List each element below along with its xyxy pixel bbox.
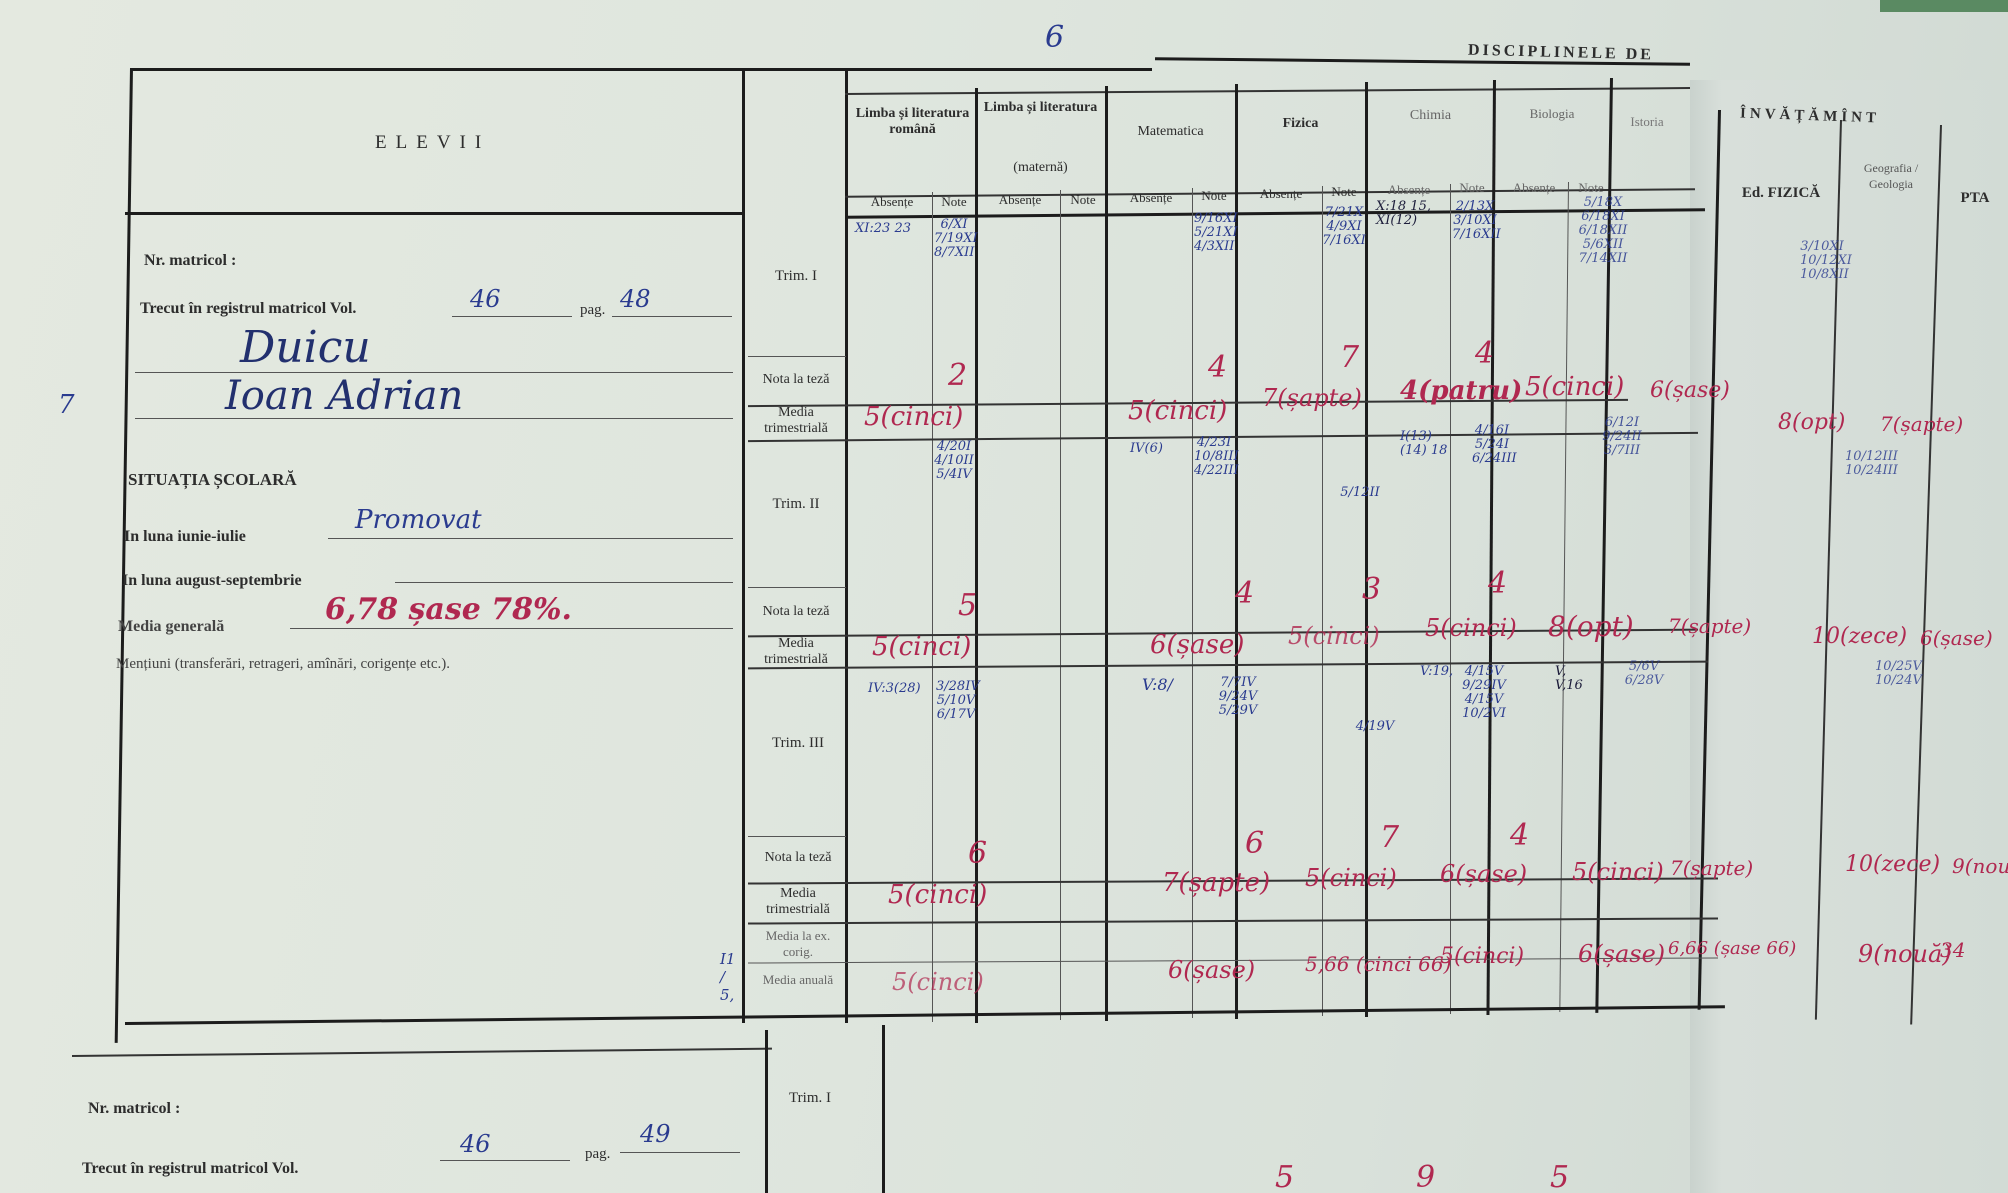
- biologia-annual: 6(șase): [1578, 940, 1665, 968]
- fizica-t1-notes: 7/21X 4/9XI 7/16XI: [1322, 206, 1366, 248]
- page-label: pag.: [580, 302, 605, 319]
- romana-t2-thesis: 5: [958, 588, 977, 623]
- label-avg1: Media trimestrială: [750, 405, 842, 437]
- geo-t3-avg: 9(nouă): [1952, 854, 2008, 878]
- label-corig: Media la ex. corig.: [752, 928, 844, 960]
- next-page-label: pag.: [585, 1146, 610, 1163]
- chimia-annual: 5(cinci): [1440, 944, 1524, 969]
- romana-t3-notes: 3/28IV 5/10V 6/17V: [936, 680, 976, 722]
- biologia-note-label: Note: [1572, 180, 1610, 196]
- subject-matematica: Matematica: [1108, 124, 1233, 140]
- chimia-t1-avg: 4(patru): [1400, 376, 1522, 406]
- mate-t1-avg: 5(cinci): [1128, 396, 1227, 426]
- fizica-t2-avg: 5(cinci): [1288, 622, 1380, 650]
- student-block-bottom-2: [72, 1048, 772, 1057]
- edfiz-t1-avg: 8(opt): [1778, 410, 1845, 435]
- next-label-trim1: Trim. I: [770, 1090, 850, 1106]
- next-label-col-left: [765, 1030, 768, 1193]
- mate-t2-thesis: 4: [1235, 576, 1254, 611]
- edfiz-t2-notes: 10/12III 10/24III: [1845, 450, 1889, 478]
- student-given-names: Ioan Adrian: [225, 373, 463, 419]
- biologia-t1-notes: 5/18X 6/18XI 6/18XII 5/6XII 7/14XII: [1578, 196, 1628, 266]
- next-label-col-right: [882, 1025, 885, 1193]
- romana-t1-thesis: 2: [948, 358, 967, 393]
- chimia-split: [1450, 184, 1451, 1014]
- subject-materna: Limba și literatura: [978, 100, 1103, 116]
- subject-istoria: Istoria: [1612, 114, 1682, 130]
- mate-t3-abs: V:8/: [1142, 678, 1192, 692]
- label-col-left: [742, 68, 745, 1023]
- chimia-t1-notes: 2/13X 3/10XI 7/16XII: [1452, 200, 1498, 242]
- mate-t2-notes: 4/23I 10/8III 4/22III: [1194, 436, 1234, 478]
- mate-t3-thesis: 6: [1245, 826, 1264, 861]
- header-bottom-left: [125, 212, 745, 215]
- romana-t3-thesis: 6: [968, 836, 987, 871]
- edfiz-annual: 9(nouă): [1858, 940, 1952, 968]
- romana-t1-abs: XI:23 23: [855, 222, 927, 236]
- school-status-label: SITUAȚIA ȘCOLARĂ: [128, 470, 297, 490]
- trim3-bottom-label: [748, 836, 846, 837]
- general-avg-label: Media generală: [118, 618, 224, 636]
- romana-t2-avg: 5(cinci): [872, 632, 971, 662]
- chimia-t2-abs: I(13)(14) 18: [1400, 430, 1456, 458]
- next-registry-vol: 46: [460, 1130, 491, 1158]
- next-chimia-thesis-2: 5: [1550, 1160, 1569, 1193]
- book-edge: [1880, 0, 2008, 12]
- subject-materna-sub: (maternă): [978, 160, 1103, 176]
- chimia-abs-label: Absențe: [1368, 182, 1450, 198]
- subjects-header-bottom: [845, 208, 1705, 219]
- aug-sept-line: [395, 582, 733, 583]
- edfiz-t1-notes: 3/10XI 10/12XI 10/8XII: [1800, 240, 1844, 282]
- june-july-label: In luna iunie-iulie: [124, 528, 246, 546]
- mate-t3-notes: 7/7IV 9/24V 5/29V: [1218, 676, 1258, 718]
- mate-t2-abs: IV(6): [1130, 442, 1190, 456]
- fizica-t3-notes: 4/19V: [1355, 720, 1395, 734]
- biologia-t3-abs: V, V,16: [1555, 665, 1595, 693]
- students-header: ELEVII: [375, 132, 490, 154]
- next-nr-matricol-label: Nr. matricol :: [88, 1100, 180, 1118]
- geo-t2-avg: 6(șase): [1920, 626, 1993, 650]
- subject-pta: PTA: [1945, 190, 2005, 206]
- label-trim1: Trim. I: [750, 268, 842, 284]
- mate-t1-thesis: 4: [1208, 350, 1227, 385]
- aug-sept-label: In luna august-septembrie: [122, 572, 302, 590]
- chimia-t2-notes: 4/16I 5/24I 6/24III: [1472, 424, 1512, 466]
- romana-t3-avg: 5(cinci): [888, 880, 987, 910]
- label-thesis1: Nota la teză: [750, 372, 842, 388]
- subject-romana: Limba și literatura română: [850, 106, 975, 138]
- mate-t1-notes: 9/16XI 5/21XI 4/3XII: [1194, 212, 1234, 254]
- trim2-bottom-label: [748, 587, 846, 588]
- student-surname: Duicu: [240, 322, 371, 373]
- registry-page-line: [612, 316, 732, 317]
- general-avg-line: [290, 628, 733, 629]
- frame-top-left: [132, 68, 1152, 71]
- label-thesis3: Nota la teză: [752, 850, 844, 866]
- subject-ed-fizica: Ed. FIZICĂ: [1722, 185, 1840, 201]
- biologia-t2-avg: 8(opt): [1548, 610, 1634, 643]
- romana-abs-label: Absențe: [852, 194, 932, 210]
- next-registry-page-line: [620, 1152, 740, 1153]
- romana-annual: 5(cinci): [892, 968, 984, 996]
- registry-page: 48: [620, 285, 651, 313]
- general-avg-value: 6,78 șase 78%.: [325, 592, 572, 627]
- mate-annual: 6(șase): [1168, 956, 1255, 984]
- edfiz-t3-avg: 10(zece): [1845, 852, 1940, 877]
- chimia-t2-avg: 5(cinci): [1425, 614, 1517, 642]
- romana-t1-avg: 5(cinci): [864, 402, 963, 432]
- student-block-bottom: [125, 1005, 1725, 1025]
- label-trim2: Trim. II: [750, 496, 842, 512]
- chimia-t1-thesis: 4: [1475, 336, 1494, 371]
- mate-abs-label: Absențe: [1110, 190, 1192, 206]
- biologia-t2-notes: 6/12I 9/24II 3/7III: [1600, 416, 1644, 458]
- biologia-t3-notes: 5/6V 6/28V: [1622, 660, 1666, 688]
- romana-t3-abs: IV:3(28): [868, 682, 932, 696]
- materna-note-label: Note: [1062, 192, 1104, 208]
- materna-split: [1060, 190, 1061, 1020]
- chimia-t1-abs: X:18 15, XI(12): [1376, 200, 1442, 228]
- next-registry-page: 49: [640, 1120, 671, 1148]
- trim1-bottom-label: [748, 356, 846, 357]
- mate-t3-avg: 7(șapte): [1162, 868, 1270, 898]
- fizica-abs-label: Absențe: [1240, 186, 1322, 202]
- label-col-right: [845, 68, 848, 1023]
- biologia-abs-label: Absențe: [1500, 180, 1568, 196]
- materna-abs-label: Absențe: [980, 192, 1060, 208]
- registry-vol-line: [452, 316, 572, 317]
- fizica-t2-thesis: 3: [1362, 572, 1381, 607]
- next-fizica-thesis: 5: [1275, 1160, 1294, 1193]
- romana-note-label: Note: [934, 194, 974, 210]
- subject-chimia: Chimia: [1368, 108, 1493, 124]
- label-thesis2: Nota la teză: [750, 604, 842, 620]
- biologia-t1-avg: 5(cinci): [1525, 372, 1624, 402]
- subject-fizica: Fizica: [1238, 116, 1363, 132]
- geo-t1-avg: 7(șapte): [1880, 412, 1963, 436]
- fizica-t3-avg: 5(cinci): [1305, 864, 1397, 892]
- nr-matricol-label: Nr. matricol :: [144, 252, 236, 270]
- avg3-bottom: [748, 917, 1718, 924]
- istoria-t3-avg: 7(șapte): [1670, 856, 1753, 880]
- istoria-t1-avg: 6(șase): [1650, 378, 1730, 403]
- istoria-t2-avg: 7(șapte): [1668, 614, 1751, 638]
- label-trim3: Trim. III: [752, 735, 844, 751]
- chimia-t3-notes: 4/15V 9/29IV 4/15V 10/2VI: [1448, 665, 1520, 721]
- row-number: 7: [58, 390, 75, 420]
- next-chimia-thesis: 9: [1416, 1160, 1435, 1193]
- romana-t1-notes: 6/XI 7/19XI 8/7XII: [934, 218, 974, 260]
- chimia-t2-thesis: 4: [1488, 566, 1507, 601]
- registry-vol: 46: [470, 285, 501, 313]
- next-registry-label: Trecut în registrul matricol Vol.: [82, 1160, 298, 1178]
- margin-note: I1 / 5,: [720, 950, 740, 1004]
- biologia-split: [1559, 182, 1569, 1012]
- edfiz-t3-notes: 10/25V 10/24V: [1875, 660, 1919, 688]
- chimia-t3-thesis: 4: [1510, 818, 1529, 853]
- biologia-t3-avg: 5(cinci): [1572, 858, 1664, 886]
- given-names-line: [135, 418, 733, 419]
- fizica-t1-thesis: 7: [1340, 340, 1359, 375]
- page-number: 6: [1045, 20, 1064, 55]
- edfiz-t2-avg: 10(zece): [1812, 624, 1907, 649]
- label-avg2: Media trimestrială: [750, 636, 842, 668]
- mentions-label: Mențiuni (transferări, retrageri, amînăr…: [116, 656, 450, 673]
- fizica-t1-avg: 7(șapte): [1262, 384, 1362, 412]
- next-registry-vol-line: [440, 1160, 570, 1161]
- fizica-t3-thesis: 7: [1380, 820, 1399, 855]
- mate-note-label: Note: [1194, 188, 1234, 204]
- june-july-line: [328, 538, 733, 539]
- subject-geografia: Geografia / Geologia: [1842, 160, 1940, 192]
- label-annual: Media anuală: [752, 972, 844, 988]
- mate-t2-avg: 6(șase): [1150, 630, 1244, 660]
- fizica-annual: 5,66 (cinci 66): [1305, 952, 1451, 976]
- june-july-value: Promovat: [355, 505, 482, 535]
- istoria-annual: 6,66 (șase 66): [1668, 938, 1796, 959]
- subject-biologia: Biologia: [1496, 106, 1608, 122]
- label-avg3: Media trimestrială: [752, 886, 844, 918]
- chimia-t3-avg: 6(șase): [1440, 860, 1527, 888]
- registry-label: Trecut în registrul matricol Vol.: [140, 300, 356, 318]
- chimia-note-label: Note: [1452, 180, 1492, 196]
- fizica-note-label: Note: [1324, 184, 1364, 200]
- fizica-t2-notes: 5/12II: [1340, 486, 1380, 500]
- subjects-top: [845, 87, 1690, 95]
- romana-t2-notes: 4/20I 4/10II 5/4IV: [934, 440, 974, 482]
- geo-annual: 34: [1940, 938, 1965, 962]
